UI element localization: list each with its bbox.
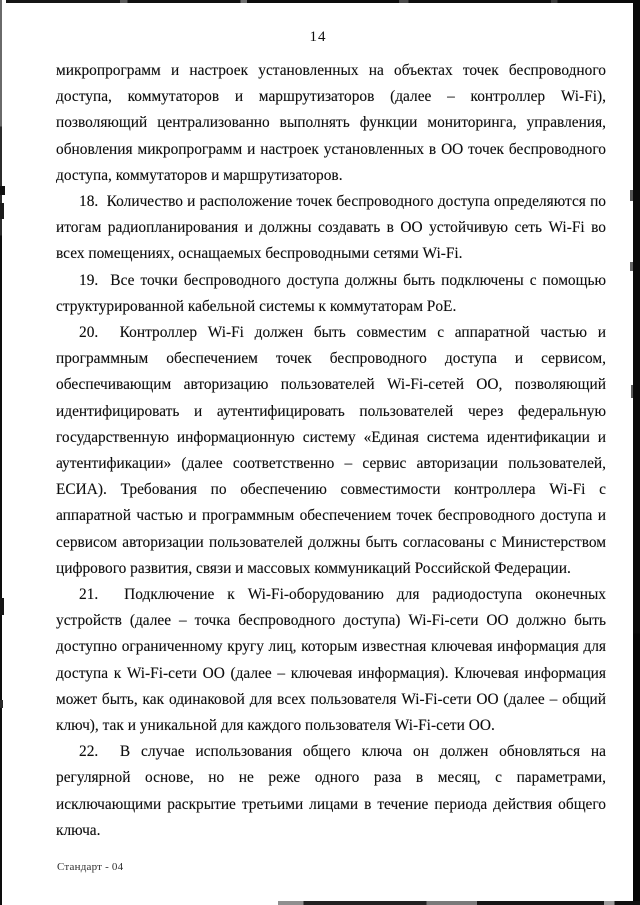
scan-artifact-right-edge xyxy=(633,0,640,905)
page-number: 14 xyxy=(0,29,636,46)
scan-artifact-bottom-edge xyxy=(278,901,640,905)
scan-artifact-left-edge xyxy=(0,0,2,905)
scan-artifact-speck xyxy=(0,700,3,708)
document-body: микропрограмм и настроек установленных н… xyxy=(56,58,606,844)
scanned-document-page: 14 микропрограмм и настроек установленны… xyxy=(0,0,640,905)
paragraph-20: 20. Контроллер Wi-Fi должен быть совмест… xyxy=(56,320,606,582)
scan-artifact-speck xyxy=(631,385,633,398)
scan-artifact-speck xyxy=(630,190,633,201)
scan-artifact-speck xyxy=(0,203,4,219)
paragraph-21: 21. Подключение к Wi-Fi-оборудованию для… xyxy=(56,582,606,739)
scan-artifact-speck xyxy=(630,262,633,271)
scan-artifact-speck xyxy=(0,598,4,615)
paragraph-22: 22. В случае использования общего ключа … xyxy=(56,739,606,844)
paragraph-19: 19. Все точки беспроводного доступа долж… xyxy=(56,268,606,320)
footer-document-code: Стандарт - 04 xyxy=(57,861,123,873)
paragraph-18: 18. Количество и расположение точек бесп… xyxy=(56,189,606,268)
scan-artifact-speck xyxy=(0,186,5,195)
scan-artifact-top-edge xyxy=(6,0,640,3)
paragraph-17-continuation: микропрограмм и настроек установленных н… xyxy=(56,58,606,189)
